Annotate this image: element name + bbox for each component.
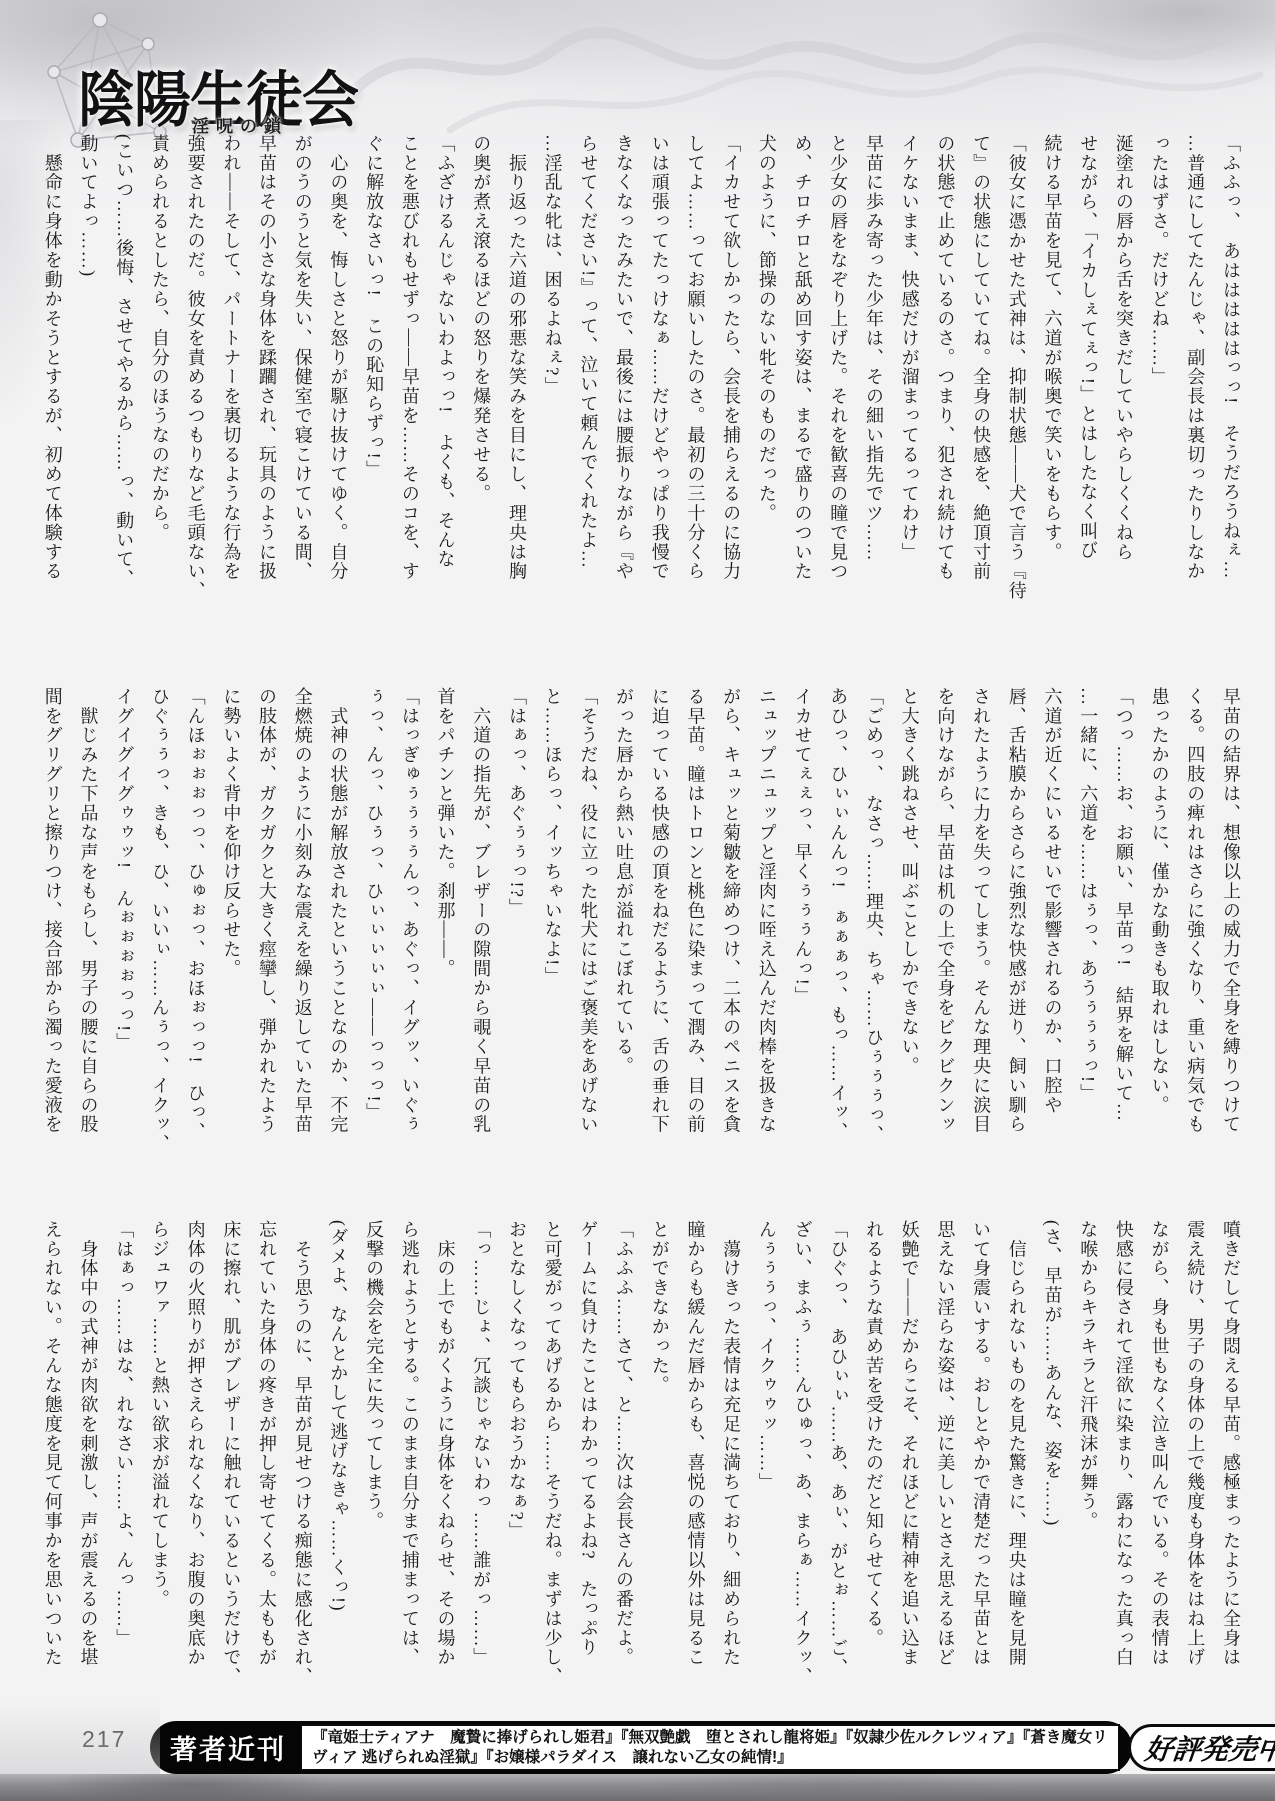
text-column: 「っ……じょ、冗談じゃないわっ……誰がっ……」 (463, 1220, 499, 1729)
text-column: 「ごめっ、 なさっ……理央、ちゃ……ひぅぅぅっ、 (855, 687, 891, 1196)
text-column: してよ……ってお願いしたのさ。最初の三十分くら (677, 134, 713, 643)
text-column: に迫っている快感の頂をねだるように、舌の垂れ下 (641, 687, 677, 1196)
text-column: 「彼女に憑かせた式神は、抑制状態――犬で言う『待 (998, 134, 1034, 643)
text-column: 「はっぎゅぅぅぅぅんっ、あぐっ、イグッ、いぐぅ (391, 687, 427, 1196)
text-band-bottom: 噴きだして身悶える早苗。感極まったように全身は震え続け、男子の身体の上で幾度も身… (30, 1220, 1248, 1729)
text-column: われ――そして、パートナーを裏切るような行為を (213, 134, 249, 643)
text-column: あひっ、ひぃぃんんっ! ぁぁぁっ、もっ……イッ、 (820, 687, 856, 1196)
text-column: 忘れていた身体の疼きが押し寄せてくる。太ももが (248, 1220, 284, 1729)
text-column: 式神の状態が解放されたということなのか、不完 (320, 687, 356, 1196)
text-column: されたように力を失ってしまう。そんな理央に涙目 (962, 687, 998, 1196)
book-titles-box: 『竜姫士ティアナ 魔贄に捧げられし姫君』『無双艶戯 堕とされし龍将姫』『奴隷少佐… (300, 1724, 1120, 1771)
text-column: …一緒に、六道を……はぅっ、あうぅぅぅっ!」 (1069, 687, 1105, 1196)
text-column: そう思うのに、早苗が見せつける痴態に感化され、 (284, 1220, 320, 1729)
text-column: 瞳からも緩んだ唇からも、喜悦の感情以外は見るこ (677, 1220, 713, 1729)
text-column: 身体中の式神が肉欲を刺激し、声が震えるのを堪 (70, 1220, 106, 1729)
text-column: 涎塗れの唇から舌を突きだしていやらしくくねら (1105, 134, 1141, 643)
on-sale-badge: 好評発売中! (1128, 1724, 1275, 1771)
text-column: と……ほらっ、イッちゃいなよ!」 (534, 687, 570, 1196)
text-column: 「つっ……お、お願い、早苗っ! 結界を解いて… (1105, 687, 1141, 1196)
text-column: 続ける早苗を見て、六道が喉奥で笑いをもらす。 (1034, 134, 1070, 643)
text-column: 首をパチンと弾いた。刹那――。 (427, 687, 463, 1196)
text-column: の奥が煮え滾るほどの怒りを爆発させる。 (463, 134, 499, 643)
text-column: …淫乱な牝は、困るよねぇ?」 (534, 134, 570, 643)
text-column: いて身震いする。おしとやかで清楚だった早苗とは (962, 1220, 998, 1729)
text-column: 「はぁっ……はな、れなさい……よ、んっ……」 (106, 1220, 142, 1729)
text-band-top: 「ふふっ、 あはははははっっ! そうだろうねぇ……普通にしてたんじゃ、副会長は裏… (30, 134, 1248, 643)
text-column: ことを悪びれもせずっ――早苗を……そのコを、す (391, 134, 427, 643)
text-column: ゲームに負けたことはわかってるよね? たっぷり (570, 1220, 606, 1729)
text-column: に勢いよく背中を仰け反らせた。 (213, 687, 249, 1196)
text-column: ぐに解放なさいっ! この恥知らずっ!」 (355, 134, 391, 643)
text-column: えられない。そんな態度を見て何事かを思いついた (34, 1220, 70, 1729)
text-column: 犬のように、節操のない牝そのものだった。 (748, 134, 784, 643)
text-column: と大きく跳ねさせ、叫ぶことしかできない。 (891, 687, 927, 1196)
text-column: 床の上でもがくように身体をくねらせ、その場か (427, 1220, 463, 1729)
text-column: せながら、「イカしぇてぇっ!」とはしたなく叫び (1069, 134, 1105, 643)
text-band-middle: 早苗の結界は、想像以上の威力で全身を縛りつけてくる。四肢の痺れはさらに強くなり、… (30, 687, 1248, 1196)
text-column: 「ふざけるんじゃないわよっっ! よくも、そんな (427, 134, 463, 643)
bottom-left-fade (0, 1700, 160, 1775)
text-column: ながら、身も世もなく泣き叫んでいる。その表情は (1141, 1220, 1177, 1729)
text-column: 「んほぉぉぉっっ、ひゅぉっ、おほぉっっ! ひっ、 (177, 687, 213, 1196)
text-column: ったはずさ。だけどね……」 (1141, 134, 1177, 643)
text-column: 「そうだね、役に立った牝犬にはご褒美をあげない (570, 687, 606, 1196)
text-column: ニュップニュップと淫肉に咥え込んだ肉棒を扱きな (748, 687, 784, 1196)
text-column: 六道が近くにいるせいで影響されるのか、口腔や (1034, 687, 1070, 1196)
text-column: 懸命に身体を動かそうとするが、初めて体験する (34, 134, 70, 643)
text-column: れるような責め苦を受けたのだと知らせてくる。 (855, 1220, 891, 1729)
text-column: を向けながら、早苗は机の上で全身をビクビクンッ (927, 687, 963, 1196)
text-column: 蕩けきった表情は充足に満ちており、細められた (712, 1220, 748, 1729)
text-column: 噴きだして身悶える早苗。感極まったように全身は (1212, 1220, 1248, 1729)
text-column: 肉体の火照りが押さえられなくなり、お腹の奥底か (177, 1220, 213, 1729)
text-column: な喉からキラキラと汗飛沫が舞う。 (1069, 1220, 1105, 1729)
text-column: んぅぅぅっ、イクゥゥッ……」 (748, 1220, 784, 1729)
text-column: 震え続け、男子の身体の上で幾度も身体をはね上げ (1177, 1220, 1213, 1729)
text-column: イケないまま、快感だけが溜まってるってわけ」 (891, 134, 927, 643)
text-column: 間をグリグリと擦りつけ、接合部から濁った愛液を (34, 687, 70, 1196)
text-column: イカせてぇぇっ、早くぅぅぅんっ!」 (784, 687, 820, 1196)
book-titles-line-2: ヴィア 逃げられぬ淫獄』『お嬢様パラダイス 譲れない乙女の純情!』 (312, 1748, 1108, 1768)
script-watermark (330, 0, 1275, 150)
text-column: がった唇から熱い吐息が溢れこぼれている。 (605, 687, 641, 1196)
text-column: の状態で止めているのさ。つまり、犯され続けても (927, 134, 963, 643)
text-column: いは頑張ってたっけなぁ……だけどやっぱり我慢で (641, 134, 677, 643)
logo-group: 陰陽生徒会 淫呪の鎖 (40, 12, 460, 152)
text-column: 振り返った六道の邪悪な笑みを目にし、理央は胸 (498, 134, 534, 643)
text-column: 早苗に歩み寄った少年は、その細い指先でツ…… (855, 134, 891, 643)
text-column: (こいつ……後悔、させてやるから……っ、動いて、 (106, 134, 142, 643)
text-column: と少女の唇をなぞり上げた。それを歓喜の瞳で見つ (820, 134, 856, 643)
text-column: 反撃の機会を完全に失ってしまう。 (355, 1220, 391, 1729)
footer-bar: 著者近刊 『竜姫士ティアナ 魔贄に捧げられし姫君』『無双艶戯 堕とされし龍将姫』… (150, 1721, 1132, 1774)
text-column: ざい、まふぅ……んひゅっ、あ、まらぁ……イクッ、 (784, 1220, 820, 1729)
book-titles-line-1: 『竜姫士ティアナ 魔贄に捧げられし姫君』『無双艶戯 堕とされし龍将姫』『奴隷少佐… (312, 1728, 1108, 1748)
text-column: 思えない淫らな姿は、逆に美しいとさえ思えるほど (927, 1220, 963, 1729)
text-column: (ダメよ、なんとかして逃げなきゃ……くっ!) (320, 1220, 356, 1729)
text-column: きなくなったみたいで、最後には腰振りながら『や (605, 134, 641, 643)
text-column: 責められるとしたら、自分のほうなのだから。 (141, 134, 177, 643)
text-column: と可愛がってあげるから……そうだね。まずは少し、 (534, 1220, 570, 1729)
text-column: がのうのうと気を失い、保健室で寝こけている間、 (284, 134, 320, 643)
text-column: 心の奥を、悔しさと怒りが駆け抜けてゆく。自分 (320, 134, 356, 643)
text-column: がら、キュッと菊皺を締めつけ、二本のペニスを貪 (712, 687, 748, 1196)
text-column: 「ふふふ……さて、と……次は会長さんの番だよ。 (605, 1220, 641, 1729)
text-column: ひぐぅぅっ、きも、ひ、いいぃ……んぅっ、イクッ、 (141, 687, 177, 1196)
text-column: て』の状態にしていてね。全身の快感を、絶頂寸前 (962, 134, 998, 643)
author-recent-works-label: 著者近刊 (150, 1721, 300, 1774)
text-column: 強要されたのだ。彼女を責めるつもりなど毛頭ない、 (177, 134, 213, 643)
text-column: らジュワァ……と熱い欲求が溢れてしまう。 (141, 1220, 177, 1729)
text-column: 早苗の結界は、想像以上の威力で全身を縛りつけて (1212, 687, 1248, 1196)
text-column: (さ、早苗が……あんな、姿を……) (1034, 1220, 1070, 1729)
text-column: …普通にしてたんじゃ、副会長は裏切ったりしなか (1177, 134, 1213, 643)
text-column: くる。四肢の痺れはさらに強くなり、重い病気でも (1177, 687, 1213, 1196)
text-column: 早苗はその小さな身体を蹂躙され、玩具のように扱 (248, 134, 284, 643)
text-column: イグイグイグゥゥッ! んぉぉぉぉっっ!」 (106, 687, 142, 1196)
text-column: 全燃焼のように小刻みな震えを繰り返していた早苗 (284, 687, 320, 1196)
text-column: 六道の指先が、ブレザーの隙間から覗く早苗の乳 (463, 687, 499, 1196)
text-column: 患ったかのように、僅かな動きも取れはしない。 (1141, 687, 1177, 1196)
text-column: め、チロチロと舐め回す姿は、まるで盛りのついた (784, 134, 820, 643)
text-column: おとなしくなってもらおうかなぁ?」 (498, 1220, 534, 1729)
text-column: ぅっ、んっ、ひぅっ、ひぃぃぃぃぃ――っっっ!」 (355, 687, 391, 1196)
text-column: 動いてよっ……) (70, 134, 106, 643)
text-column: 獣じみた下品な声をもらし、男子の腰に自らの股 (70, 687, 106, 1196)
on-sale-badge-label: 好評発売中! (1143, 1728, 1275, 1768)
text-column: 「ひぐっ、 あひぃぃ……あ、あぃ、がとぉ……ご、 (820, 1220, 856, 1729)
text-column: らせてください!』って、泣いて頼んでくれたよ… (570, 134, 606, 643)
text-column: とができなかった。 (641, 1220, 677, 1729)
text-column: 信じられないものを見た驚きに、理央は瞳を見開 (998, 1220, 1034, 1729)
text-column: ら逃れようとする。このまま自分まで捕まっては、 (391, 1220, 427, 1729)
text-column: 妖艶で――だからこそ、それほどに精神を追い込ま (891, 1220, 927, 1729)
bottom-texture-strip (0, 1774, 1275, 1801)
text-column: 唇、舌粘膜からさらに強烈な快感が迸り、飼い馴ら (998, 687, 1034, 1196)
text-column: の肢体が、ガクガクと大きく痙攣し、弾かれたよう (248, 687, 284, 1196)
text-column: 床に擦れ、肌がブレザーに触れているというだけで、 (213, 1220, 249, 1729)
text-column: 「ふふっ、 あはははははっっ! そうだろうねぇ… (1212, 134, 1248, 643)
text-column: 「はぁっ、あぐぅぅっ!?」 (498, 687, 534, 1196)
text-column: 「イカせて欲しかったら、会長を捕らえるのに協力 (712, 134, 748, 643)
text-column: る早苗。瞳はトロンと桃色に染まって潤み、目の前 (677, 687, 713, 1196)
page-root: { "page": { "number": "217" }, "logo": {… (0, 0, 1275, 1801)
text-column: 快感に侵されて淫欲に染まり、露わになった真っ白 (1105, 1220, 1141, 1729)
